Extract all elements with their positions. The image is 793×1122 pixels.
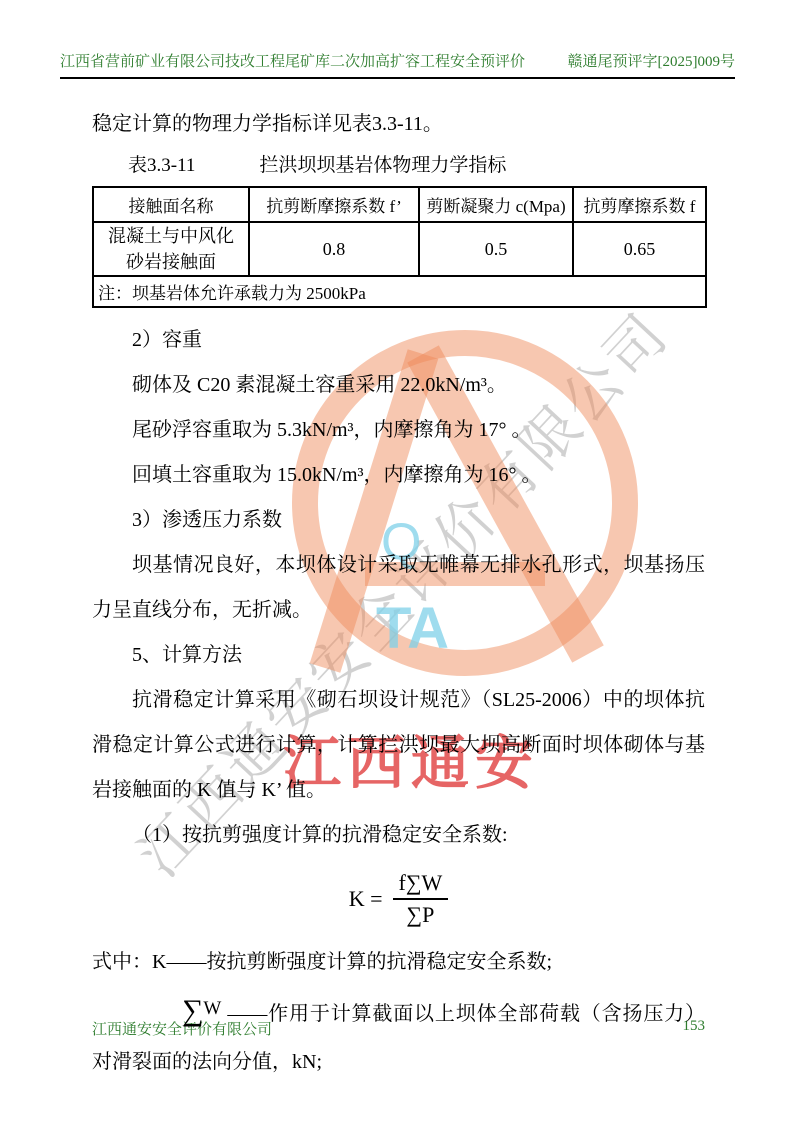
- col-header-cohesion: 剪断凝聚力 c(Mpa): [419, 187, 573, 222]
- paragraph-method-heading: 5、计算方法: [92, 633, 705, 678]
- paragraph-method-description: 抗滑稳定计算采用《砌石坝设计规范》（SL25-2006）中的坝体抗滑稳定计算公式…: [92, 678, 705, 813]
- document-body: 稳定计算的物理力学指标详见表3.3-11。 表3.3-11 拦洪坝坝基岩体物理力…: [92, 102, 705, 1086]
- stability-formula: K = f∑W ∑P: [92, 858, 705, 940]
- table-caption-title: 拦洪坝坝基岩体物理力学指标: [259, 146, 506, 186]
- table-caption: 表3.3-11 拦洪坝坝基岩体物理力学指标: [92, 146, 705, 186]
- sigma-symbol: ∑: [182, 994, 203, 1027]
- table-note: 注：坝基岩体允许承载力为 2500kPa: [93, 276, 706, 307]
- table-note-row: 注：坝基岩体允许承载力为 2500kPa: [93, 276, 706, 307]
- formula-fraction: f∑W ∑P: [393, 870, 449, 928]
- formula-numerator: f∑W: [393, 870, 449, 900]
- paragraph-foundation-condition: 坝基情况良好，本坝体设计采取无帷幕无排水孔形式，坝基扬压力呈直线分布，无折减。: [92, 543, 705, 633]
- col-header-f: 抗剪摩擦系数 f: [573, 187, 706, 222]
- paragraph-tailings-weight: 尾砂浮容重取为 5.3kN/m³，内摩擦角为 17° 。: [92, 408, 705, 453]
- intro-paragraph: 稳定计算的物理力学指标详见表3.3-11。: [92, 102, 705, 146]
- paragraph-sigma-w-definition: ∑W——作用于计算截面以上坝体全部荷载（含扬压力）对滑裂面的法向分值，kN;: [92, 985, 705, 1086]
- paragraph-backfill-weight: 回填土容重取为 15.0kN/m³，内摩擦角为 16° 。: [92, 453, 705, 498]
- cell-cohesion-value: 0.5: [419, 222, 573, 276]
- table-caption-number: 表3.3-11: [128, 146, 195, 186]
- page-header: 江西省营前矿业有限公司技改工程尾矿库二次加高扩容工程安全预评价 赣通尾预评字[2…: [60, 50, 735, 79]
- cell-f-value: 0.65: [573, 222, 706, 276]
- col-header-f-prime: 抗剪断摩擦系数 f’: [249, 187, 419, 222]
- col-header-contact-surface: 接触面名称: [93, 187, 249, 222]
- document-page: 江西通安安全评价有限公司 Q TA 江西通安 江西省营前矿业有限公司技改工程尾矿…: [0, 0, 793, 1122]
- paragraph-concrete-weight: 砌体及 C20 素混凝土容重采用 22.0kN/m³。: [92, 363, 705, 408]
- table-row: 混凝土与中风化砂岩接触面 0.8 0.5 0.65: [93, 222, 706, 276]
- cell-contact-surface: 混凝土与中风化砂岩接触面: [93, 222, 249, 276]
- cell-f-prime-value: 0.8: [249, 222, 419, 276]
- header-doc-number: 赣通尾预评字[2025]009号: [568, 50, 736, 71]
- formula-denominator: ∑P: [406, 900, 434, 928]
- paragraph-safety-factor-heading: （1）按抗剪强度计算的抗滑稳定安全系数:: [92, 813, 705, 858]
- paragraph-seepage-heading: 3）渗透压力系数: [92, 498, 705, 543]
- formula-lhs: K =: [349, 886, 383, 912]
- paragraph-unit-weight-heading: 2）容重: [92, 318, 705, 363]
- table-header-row: 接触面名称 抗剪断摩擦系数 f’ 剪断凝聚力 c(Mpa) 抗剪摩擦系数 f: [93, 187, 706, 222]
- rock-parameters-table: 接触面名称 抗剪断摩擦系数 f’ 剪断凝聚力 c(Mpa) 抗剪摩擦系数 f 混…: [92, 186, 707, 308]
- sigma-w-symbol: W: [203, 998, 221, 1019]
- paragraph-where-k: 式中：K——按抗剪断强度计算的抗滑稳定安全系数;: [92, 940, 705, 985]
- header-report-title: 江西省营前矿业有限公司技改工程尾矿库二次加高扩容工程安全预评价: [60, 50, 525, 71]
